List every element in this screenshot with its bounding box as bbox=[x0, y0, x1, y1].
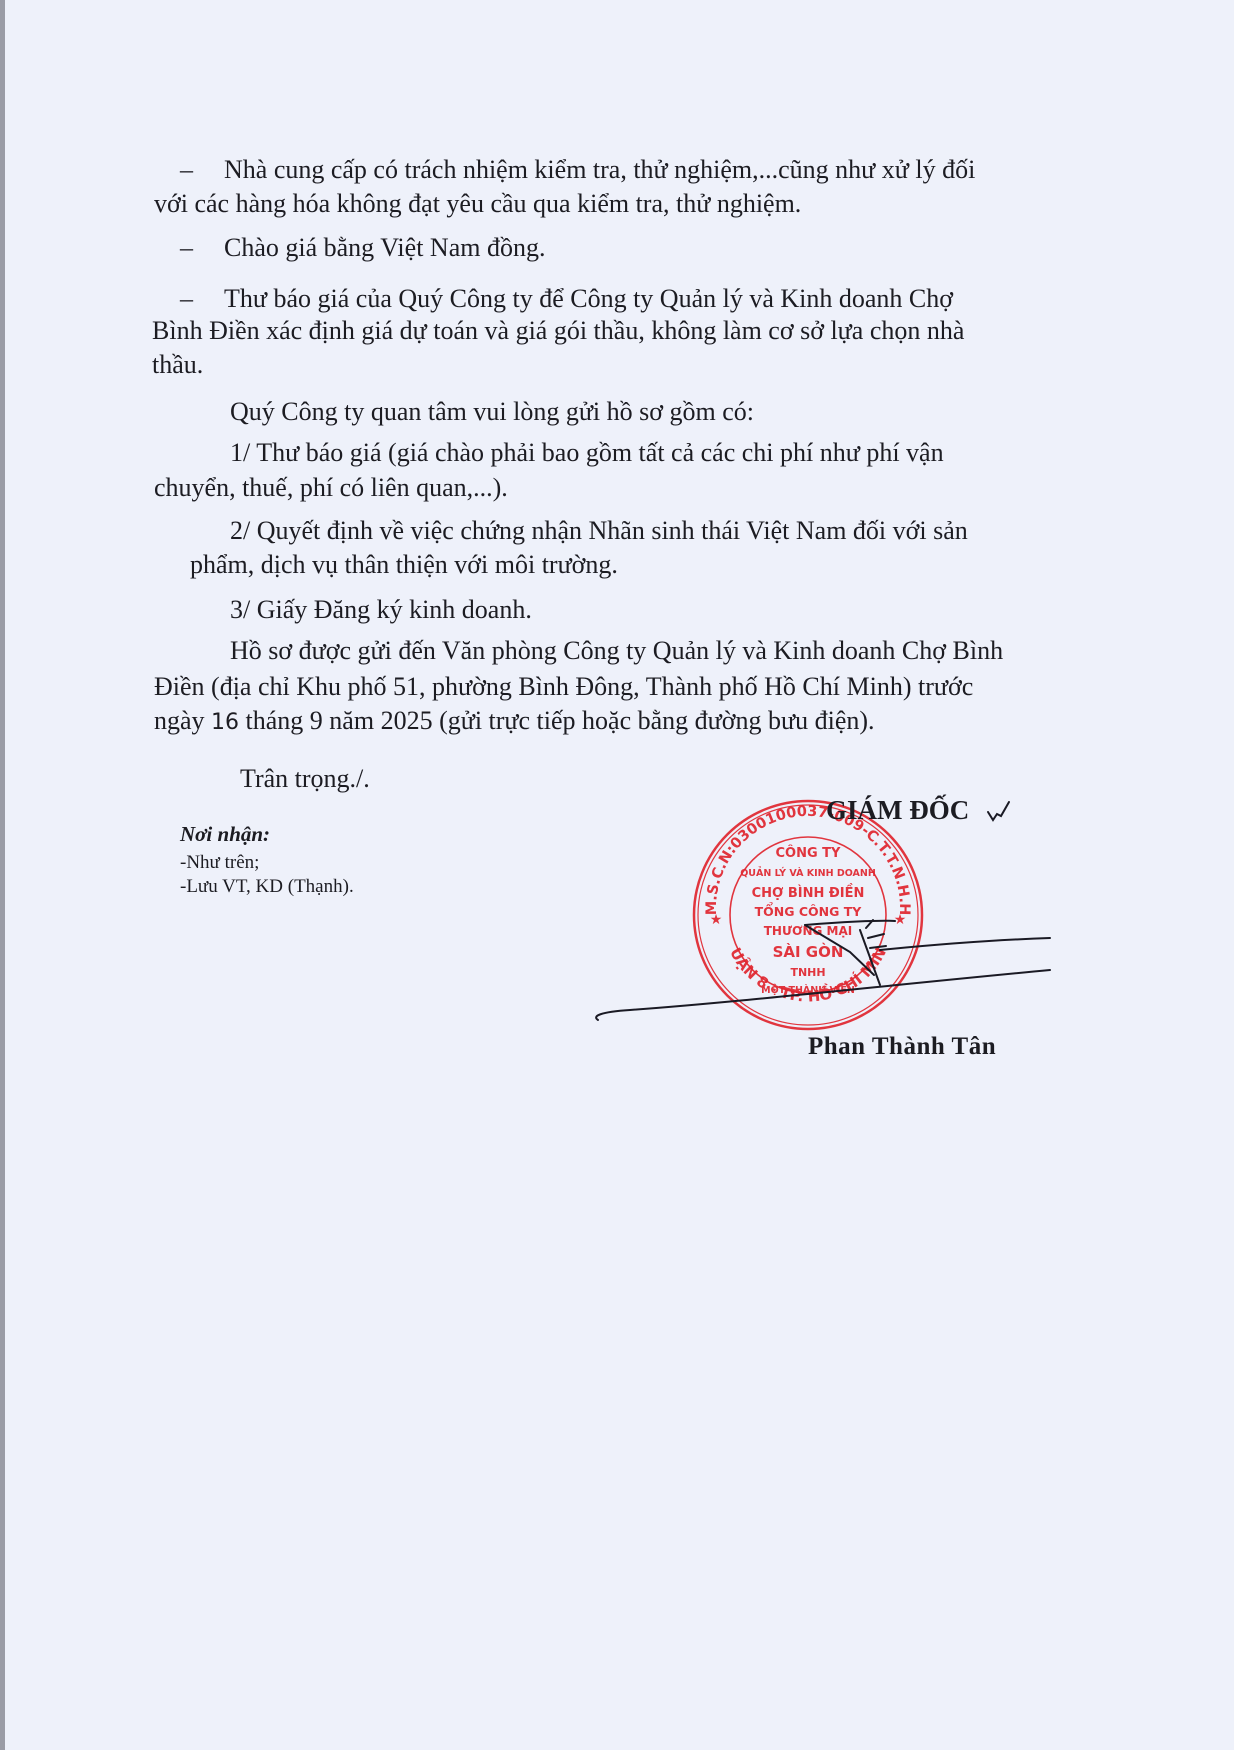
text: tháng 9 năm 2025 (gửi trực tiếp hoặc bằn… bbox=[239, 706, 874, 735]
bullet-continuation: Bình Điền xác định giá dự toán và giá gó… bbox=[152, 316, 964, 346]
document-item-1: 1/ Thư báo giá (giá chào phải bao gồm tấ… bbox=[230, 438, 944, 468]
bullet-currency: –Chào giá bằng Việt Nam đồng. bbox=[180, 233, 545, 263]
bullet-continuation: với các hàng hóa không đạt yêu cầu qua k… bbox=[154, 189, 801, 219]
signer-name: Phan Thành Tân bbox=[808, 1033, 996, 1061]
request-intro: Quý Công ty quan tâm vui lòng gửi hồ sơ … bbox=[230, 397, 754, 427]
deadline-day: 16 bbox=[211, 710, 239, 735]
document-item-1-cont: chuyển, thuế, phí có liên quan,...). bbox=[154, 473, 508, 503]
bullet-supplier-responsibility: –Nhà cung cấp có trách nhiệm kiểm tra, t… bbox=[180, 155, 975, 185]
bullet-marker: – bbox=[180, 284, 224, 314]
bullet-marker: – bbox=[180, 233, 224, 263]
handwritten-signature-icon bbox=[590, 780, 1060, 1040]
document-page: –Nhà cung cấp có trách nhiệm kiểm tra, t… bbox=[0, 0, 1234, 1750]
recipient-item: -Như trên; bbox=[180, 852, 259, 874]
bullet-quote-purpose: –Thư báo giá của Quý Công ty để Công ty … bbox=[180, 284, 953, 314]
bullet-continuation: thầu. bbox=[152, 350, 203, 380]
bullet-marker: – bbox=[180, 155, 224, 185]
bullet-text: Chào giá bằng Việt Nam đồng. bbox=[224, 233, 545, 262]
recipient-item: -Lưu VT, KD (Thạnh). bbox=[180, 876, 354, 898]
bullet-text: Thư báo giá của Quý Công ty để Công ty Q… bbox=[224, 284, 953, 313]
document-item-3: 3/ Giấy Đăng ký kinh doanh. bbox=[230, 595, 532, 625]
document-item-2: 2/ Quyết định về việc chứng nhận Nhãn si… bbox=[230, 516, 968, 546]
bullet-text: Nhà cung cấp có trách nhiệm kiểm tra, th… bbox=[224, 155, 975, 184]
closing: Trân trọng./. bbox=[240, 764, 370, 794]
submission-line-3: ngày 16 tháng 9 năm 2025 (gửi trực tiếp … bbox=[154, 706, 875, 738]
submission-line-1: Hồ sơ được gửi đến Văn phòng Công ty Quả… bbox=[230, 636, 1003, 666]
text: ngày bbox=[154, 706, 211, 735]
document-item-2-cont: phẩm, dịch vụ thân thiện với môi trường. bbox=[190, 550, 618, 580]
recipients-title: Nơi nhận: bbox=[180, 822, 270, 847]
submission-line-2: Điền (địa chỉ Khu phố 51, phường Bình Đô… bbox=[154, 672, 973, 702]
